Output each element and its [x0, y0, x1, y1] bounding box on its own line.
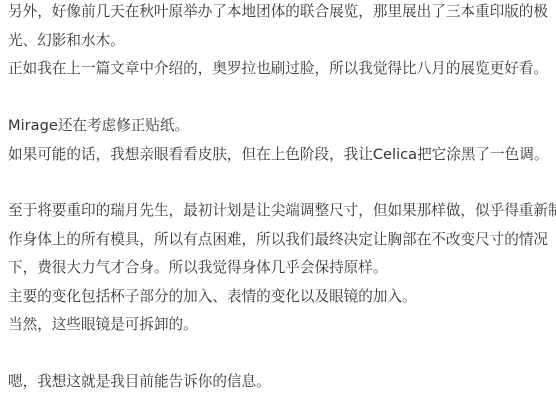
paragraph-line: 嗯，我想这就是我目前能告诉你的信息。: [8, 372, 271, 392]
paragraph-line: 光、幻影和水木。: [8, 31, 125, 51]
paragraph-line: 如果可能的话，我想亲眼看看皮肤，但在上色阶段，我让Celica把它涂黑了一色调。: [8, 145, 548, 165]
paragraph-line: 主要的变化包括杯子部分的加入、表情的变化以及眼镜的加入。: [8, 287, 417, 307]
paragraph-line: 正如我在上一篇文章中介绍的，奥罗拉也刷过脸，所以我觉得比八月的展览更好看。: [8, 59, 548, 79]
paragraph-line: Mirage还在考虑修正贴纸。: [8, 116, 189, 136]
paragraph-line: 作身体上的所有模具，所以有点困难，所以我们最终决定让胸部在不改变尺寸的情况: [8, 230, 548, 250]
paragraph-line: 当然，这些眼镜是可拆卸的。: [8, 315, 198, 335]
paragraph-line: 下，费很大力气才合身。所以我觉得身体几乎会保持原样。: [8, 258, 387, 278]
paragraph-line: 至于将要重印的瑞月先生，最初计划是让尖端调整尺寸，但如果那样做，似乎得重新制: [8, 201, 556, 221]
paragraph-line: 另外，好像前几天在秋叶原举办了本地团体的联合展览，那里展出了三本重印版的极: [8, 2, 548, 22]
